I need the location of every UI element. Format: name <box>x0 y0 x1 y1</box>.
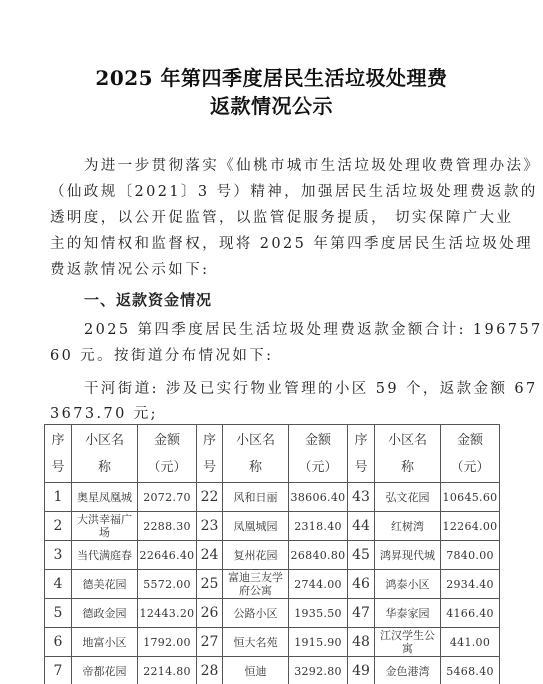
table-header-row: 序号 小区名称 金额（元） 序号 小区名称 金额（元） 序号 小区名称 金额（元… <box>45 425 500 483</box>
header-seq: 序号 <box>197 425 223 483</box>
table-row: 6地富小区1792.0027恒大名苑1915.9048江汉学生公寓441.00 <box>45 628 500 657</box>
document-title-line-2: 返款情况公示 <box>0 90 543 119</box>
cell-community-name: 大洪幸福广场 <box>72 512 138 541</box>
cell-amount: 3292.80 <box>289 657 348 684</box>
paragraph-1-line-3: 透明度，以公开促监管，以监管促服务提质， 切实保障广大业 <box>50 206 500 227</box>
cell-amount: 1915.90 <box>289 628 348 657</box>
cell-amount: 10645.60 <box>441 483 500 512</box>
cell-seq: 48 <box>348 628 375 657</box>
cell-amount: 12443.20 <box>138 599 197 628</box>
cell-community-name: 凤凰城园 <box>223 512 289 541</box>
document-title-line-1: 2025 年第四季度居民生活垃圾处理费 <box>0 62 543 91</box>
cell-seq: 7 <box>45 657 72 684</box>
cell-seq: 44 <box>348 512 375 541</box>
cell-amount: 2934.40 <box>441 570 500 599</box>
table-row: 5德政金园12443.2026公路小区1935.5047华泰家园4166.40 <box>45 599 500 628</box>
table-row: 3当代满庭春22646.4024复州花园26840.8045鸿昇现代城7840.… <box>45 541 500 570</box>
cell-community-name: 金色港湾 <box>375 657 441 684</box>
cell-community-name: 华泰家园 <box>375 599 441 628</box>
header-seq: 序号 <box>348 425 375 483</box>
table-row: 1奥星凤凰城2072.7022风和日丽38606.4043弘文花园10645.6… <box>45 483 500 512</box>
header-amount: 金额（元） <box>441 425 500 483</box>
cell-amount: 2318.40 <box>289 512 348 541</box>
cell-community-name: 复州花园 <box>223 541 289 570</box>
paragraph-1-line-2: （仙政规〔2021〕3 号）精神，加强居民生活垃圾处理费返款的 <box>50 180 500 201</box>
cell-community-name: 当代满庭春 <box>72 541 138 570</box>
paragraph-2-line-1: 2025 第四季度居民生活垃圾处理费返款金额合计: 1967572. <box>84 318 534 339</box>
cell-amount: 2072.70 <box>138 483 197 512</box>
table-row: 2大洪幸福广场2288.3023凤凰城园2318.4044红树湾12264.00 <box>45 512 500 541</box>
cell-amount: 2214.80 <box>138 657 197 684</box>
cell-seq: 47 <box>348 599 375 628</box>
cell-community-name: 地富小区 <box>72 628 138 657</box>
paragraph-1-line-1: 为进一步贯彻落实《仙桃市城市生活垃圾处理收费管理办法》 <box>84 154 534 175</box>
cell-amount: 1935.50 <box>289 599 348 628</box>
header-name: 小区名称 <box>72 425 138 483</box>
cell-community-name: 红树湾 <box>375 512 441 541</box>
cell-community-name: 弘文花园 <box>375 483 441 512</box>
cell-community-name: 德政金园 <box>72 599 138 628</box>
cell-community-name: 鸿泰小区 <box>375 570 441 599</box>
cell-amount: 7840.00 <box>441 541 500 570</box>
cell-seq: 23 <box>197 512 223 541</box>
cell-amount: 5572.00 <box>138 570 197 599</box>
cell-amount: 2744.00 <box>289 570 348 599</box>
cell-seq: 49 <box>348 657 375 684</box>
cell-seq: 2 <box>45 512 72 541</box>
cell-amount: 441.00 <box>441 628 500 657</box>
cell-amount: 4166.40 <box>441 599 500 628</box>
cell-seq: 24 <box>197 541 223 570</box>
cell-seq: 4 <box>45 570 72 599</box>
header-name: 小区名称 <box>223 425 289 483</box>
paragraph-1-line-4: 主的知情权和监督权，现将 2025 年第四季度居民生活垃圾处理 <box>50 232 500 253</box>
header-name: 小区名称 <box>375 425 441 483</box>
header-seq: 序号 <box>45 425 72 483</box>
cell-community-name: 帝都花园 <box>72 657 138 684</box>
cell-community-name: 奥星凤凰城 <box>72 483 138 512</box>
refund-table: 序号 小区名称 金额（元） 序号 小区名称 金额（元） 序号 小区名称 金额（元… <box>44 424 500 684</box>
header-amount: 金额（元） <box>138 425 197 483</box>
paragraph-3-line-2: 3673.70 元; <box>50 402 500 423</box>
table-row: 4德美花园5572.0025富迪三友学府公寓2744.0046鸿泰小区2934.… <box>45 570 500 599</box>
cell-amount: 5468.40 <box>441 657 500 684</box>
cell-seq: 6 <box>45 628 72 657</box>
cell-community-name: 风和日丽 <box>223 483 289 512</box>
paragraph-2-line-2: 60 元。按街道分布情况如下: <box>50 344 500 365</box>
cell-community-name: 富迪三友学府公寓 <box>223 570 289 599</box>
cell-amount: 2288.30 <box>138 512 197 541</box>
paragraph-3-line-1: 干河街道: 涉及已实行物业管理的小区 59 个，返款金额 67 <box>84 377 534 398</box>
cell-seq: 26 <box>197 599 223 628</box>
cell-amount: 1792.00 <box>138 628 197 657</box>
cell-seq: 43 <box>348 483 375 512</box>
section-1-heading: 一、返款资金情况 <box>84 289 212 310</box>
cell-seq: 25 <box>197 570 223 599</box>
table-row: 7帝都花园2214.8028恒迪3292.8049金色港湾5468.40 <box>45 657 500 684</box>
cell-community-name: 德美花园 <box>72 570 138 599</box>
cell-seq: 28 <box>197 657 223 684</box>
cell-seq: 3 <box>45 541 72 570</box>
cell-amount: 22646.40 <box>138 541 197 570</box>
cell-amount: 26840.80 <box>289 541 348 570</box>
cell-community-name: 公路小区 <box>223 599 289 628</box>
cell-seq: 5 <box>45 599 72 628</box>
cell-seq: 27 <box>197 628 223 657</box>
cell-community-name: 恒大名苑 <box>223 628 289 657</box>
cell-amount: 38606.40 <box>289 483 348 512</box>
cell-community-name: 鸿昇现代城 <box>375 541 441 570</box>
cell-seq: 1 <box>45 483 72 512</box>
cell-community-name: 恒迪 <box>223 657 289 684</box>
cell-seq: 22 <box>197 483 223 512</box>
cell-community-name: 江汉学生公寓 <box>375 628 441 657</box>
cell-seq: 46 <box>348 570 375 599</box>
cell-amount: 12264.00 <box>441 512 500 541</box>
header-amount: 金额（元） <box>289 425 348 483</box>
cell-seq: 45 <box>348 541 375 570</box>
paragraph-1-line-5: 费返款情况公示如下: <box>50 258 500 279</box>
